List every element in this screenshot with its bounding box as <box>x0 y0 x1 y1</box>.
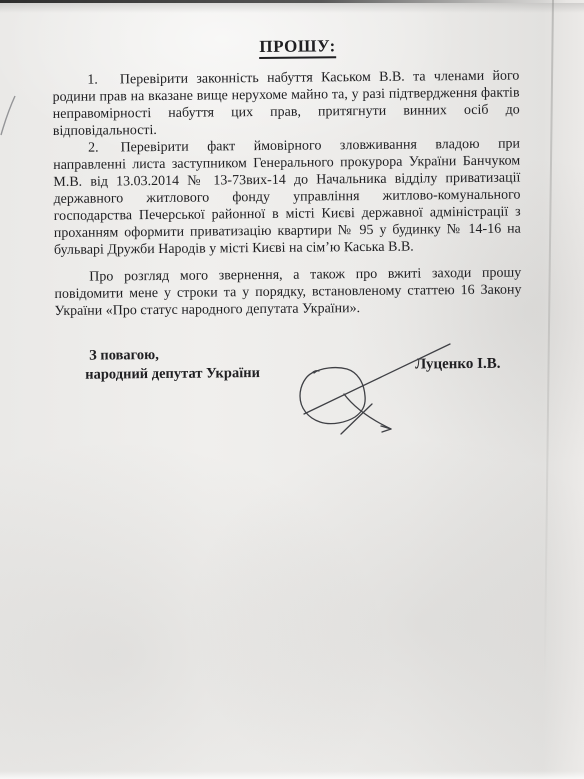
paragraph-1-text: Перевірити законність набуття Каськом В.… <box>52 69 519 139</box>
scan-bottom-edge <box>0 771 584 779</box>
document-title: ПРОШУ: <box>100 36 495 57</box>
paragraph-1-number: 1. <box>87 73 98 88</box>
scan-top-shadow <box>0 3 584 13</box>
paper-fold-line <box>544 0 554 680</box>
paragraph-1: 1.Перевірити законність набуття Каськом … <box>52 68 520 140</box>
paragraph-2: 2.Перевірити факт ймовірного зловживання… <box>53 136 521 259</box>
signer-name: Луценко І.В. <box>415 356 500 374</box>
closing-paragraph: Про розгляд мого звернення, а також про … <box>54 265 521 320</box>
document-title-text: ПРОШУ: <box>259 36 336 59</box>
paragraph-2-number: 2. <box>88 141 99 156</box>
document-content: ПРОШУ: 1.Перевірити законність набуття К… <box>52 36 522 385</box>
scanned-document-page: ПРОШУ: 1.Перевірити законність набуття К… <box>0 0 584 779</box>
paragraph-2-text: Перевірити факт ймовірного зловживання в… <box>53 137 521 258</box>
